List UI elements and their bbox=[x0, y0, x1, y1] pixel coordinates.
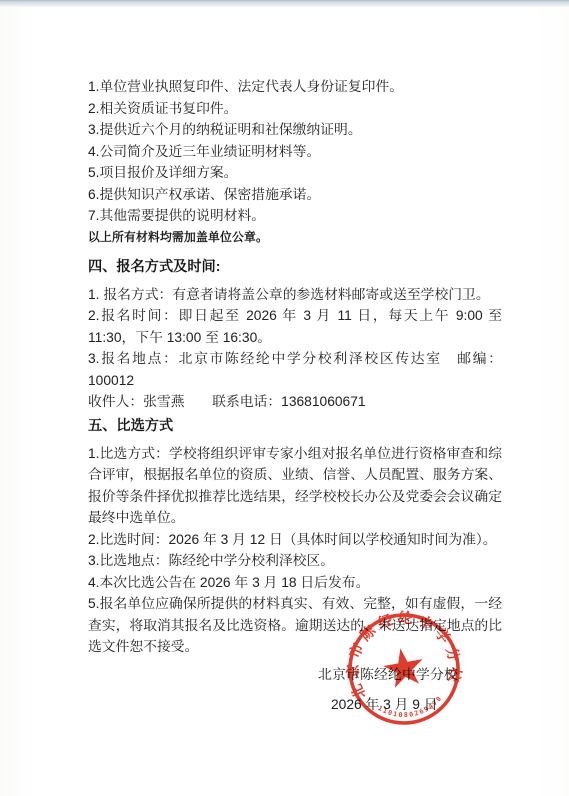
materials-list-item: 7.其他需要提供的说明材料。 bbox=[88, 205, 502, 227]
materials-list-item: 5.项目报价及详细方案。 bbox=[88, 162, 502, 184]
selection-paragraph: 3.比选地点：陈经纶中学分校利泽校区。 bbox=[88, 550, 502, 572]
document-body: 1.单位营业执照复印件、法定代表人身份证复印件。 2.相关资质证书复印件。 3.… bbox=[88, 76, 502, 658]
official-seal: 北京市陈经纶中学分校 1101080269470 bbox=[337, 602, 471, 736]
section-heading-selection: 五、比选方式 bbox=[88, 415, 502, 437]
red-star-icon bbox=[381, 645, 427, 689]
document-page: 1.单位营业执照复印件、法定代表人身份证复印件。 2.相关资质证书复印件。 3.… bbox=[0, 0, 569, 796]
registration-contact-line: 收件人：张雪燕 联系电话：13681060671 bbox=[88, 391, 502, 413]
selection-paragraph: 4.本次比选公告在 2026 年 3 月 18 日后发布。 bbox=[88, 572, 502, 594]
selection-paragraph: 1.比选方式：学校将组织评审专家小组对报名单位进行资格审查和综合评审，根据报名单… bbox=[88, 443, 502, 529]
materials-list-item: 4.公司简介及近三年业绩证明材料等。 bbox=[88, 141, 502, 163]
registration-paragraph: 2.报名时间：即日起至 2026 年 3 月 11 日，每天上午 9:00 至 … bbox=[88, 305, 502, 348]
section-heading-registration: 四、报名方式及时间: bbox=[88, 256, 502, 278]
selection-paragraph: 2.比选时间：2026 年 3 月 12 日（具体时间以学校通知时间为准）。 bbox=[88, 529, 502, 551]
materials-list-item: 2.相关资质证书复印件。 bbox=[88, 98, 502, 120]
registration-paragraph: 1. 报名方式：有意者请将盖公章的参选材料邮寄或送至学校门卫。 bbox=[88, 284, 502, 306]
materials-stamp-note: 以上所有材料均需加盖单位公章。 bbox=[88, 227, 502, 248]
page-top-edge bbox=[0, 0, 569, 7]
materials-list-item: 6.提供知识产权承诺、保密措施承诺。 bbox=[88, 184, 502, 206]
materials-list-item: 1.单位营业执照复印件、法定代表人身份证复印件。 bbox=[88, 76, 502, 98]
registration-paragraph: 3.报名地点：北京市陈经纶中学分校利泽校区传达室 邮编：100012 bbox=[88, 348, 502, 391]
materials-list-item: 3.提供近六个月的纳税证明和社保缴纳证明。 bbox=[88, 119, 502, 141]
